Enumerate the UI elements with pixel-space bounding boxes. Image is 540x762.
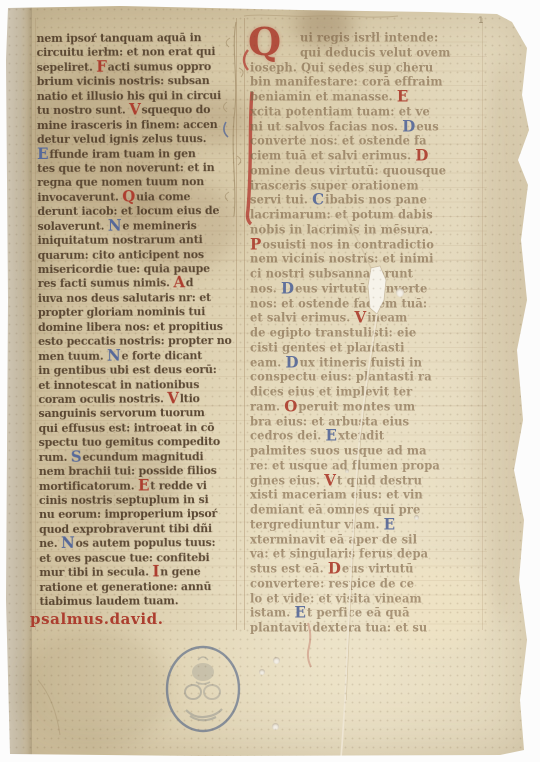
- line-text: eus virtutū converte: [295, 281, 427, 296]
- line-text: circuitu ierłm: et non erat qui: [37, 45, 216, 59]
- line-text: nem ipsoŕ tanquam aquā in: [36, 31, 201, 45]
- parchment-hole: [273, 657, 280, 664]
- manuscript-line: lacrimarum: et potum dabis: [250, 207, 486, 222]
- line-text: nos: et ostende faciem tuā:: [250, 296, 427, 311]
- library-stamp: [160, 642, 246, 738]
- line-text: nem vicinis nostris: et inimi: [250, 251, 434, 266]
- line-text: bin manifestare: corā effraim: [250, 74, 443, 89]
- line-text: de egipto transtulisti: eie: [250, 325, 416, 340]
- line-text: omine deus virtutū: quousque: [250, 163, 446, 178]
- line-text: eus virtutū: [342, 561, 414, 576]
- colored-initial: Q: [122, 187, 136, 206]
- manuscript-line: qui deducis velut ovem: [250, 45, 486, 60]
- parchment-leaf: Q nem ipsoŕ tanquam aquā incircuitu ierł…: [6, 5, 534, 757]
- line-text: sanguinis servorum tuorum: [38, 406, 204, 420]
- manuscript-line: in gentibus ubi est deus eorū:: [38, 363, 238, 379]
- line-text: qui deducis velut ovem: [300, 45, 450, 60]
- line-text: invocaverunt.: [37, 190, 122, 204]
- line-text: xterminavit eā aper de sil: [250, 532, 417, 547]
- line-text: derunt iacob: et locum eius de: [37, 204, 219, 218]
- line-text: irasceris super orationem: [250, 178, 419, 193]
- manuscript-line: regna que nomen tuum non: [37, 175, 237, 191]
- line-text: t perfice eā quā: [307, 605, 410, 620]
- line-text: solaverunt.: [37, 219, 107, 233]
- line-text: e memineris: [122, 218, 196, 232]
- ruling-vertical: [244, 18, 245, 630]
- line-text: beniamin et manasse.: [250, 89, 397, 104]
- line-text: quarum: cito anticipent nos: [38, 247, 204, 261]
- line-text: cinis nostris septuplum in si: [39, 493, 209, 507]
- line-text: osuisti nos in contradictio: [262, 237, 434, 252]
- colored-initial: E: [384, 515, 397, 534]
- manuscript-line: nos. Deus virtutū converte: [250, 281, 486, 296]
- manuscript-line: de egipto transtulisti: eie: [250, 325, 486, 340]
- manuscript-line: ui regis isrłl intende:: [250, 30, 486, 45]
- rubric-psalmus-david: psalmus.david.: [30, 610, 164, 628]
- line-text: ineam: [367, 310, 407, 325]
- line-text: nem brachii tui: posside filios: [39, 464, 217, 478]
- manuscript-line: tu nostro sunt. Vsquequo do: [37, 103, 237, 119]
- manuscript-line: nos: et ostende faciem tuā:: [250, 296, 486, 311]
- manuscript-line: converte nos: et ostende fa: [250, 133, 486, 148]
- line-text: ci nostri subsannaverunt: [250, 266, 413, 281]
- manuscript-line: bra eius: et arbusta eius: [250, 414, 486, 429]
- line-text: spectu tuo gemitus compedito: [39, 435, 220, 449]
- line-text: rum.: [39, 450, 71, 464]
- line-text: d: [186, 276, 194, 290]
- manuscript-line: gines eius. Vt quid destru: [250, 473, 486, 488]
- colored-initial: S: [71, 447, 83, 466]
- line-text: xisti maceriam eius: et vin: [250, 487, 423, 502]
- line-text: eam.: [250, 355, 285, 370]
- line-text: t quid destru: [337, 473, 422, 488]
- line-text: plantavit dextera tua: et su: [250, 620, 427, 635]
- line-text: tiabimus laudem tuam.: [39, 594, 178, 608]
- manuscript-line: plantavit dextera tua: et su: [250, 620, 486, 635]
- manuscript-line: brium vicinis nostris: subsan: [37, 74, 237, 90]
- line-text: ciem tuā et salvi erimus.: [250, 148, 415, 163]
- manuscript-line: derunt iacob: et locum eius de: [37, 204, 237, 220]
- line-text: qui effusus est: introeat in cō: [39, 420, 215, 434]
- manuscript-line: cedros dei. Extendit: [250, 428, 486, 443]
- line-text: ratione et generatione: annū: [39, 579, 211, 593]
- line-text: squequo do: [142, 103, 211, 117]
- manuscript-line: conspectu eius: plantasti ra: [250, 369, 486, 384]
- line-text: esto peccatis nostris: propter no: [38, 334, 232, 349]
- line-text: acti sumus oppro: [108, 59, 211, 73]
- manuscript-line: palmites suos usque ad ma: [250, 443, 486, 458]
- parchment-hole: [345, 469, 349, 473]
- line-text: os autem populus tuus:: [76, 536, 216, 550]
- line-text: mine irasceris in finem: accen: [37, 117, 218, 131]
- line-text: ffunde iram tuam in gen: [49, 146, 195, 160]
- manuscript-line: xterminavit eā aper de sil: [250, 532, 486, 547]
- colored-initial: E: [138, 475, 150, 494]
- line-text: ui regis isrłl intende:: [300, 30, 438, 45]
- line-text: cisti gentes et plantasti: [250, 340, 405, 355]
- line-text: palmites suos usque ad ma: [250, 443, 427, 458]
- manuscript-line: nobis in lacrimis in mēsura.: [250, 222, 486, 237]
- line-text: ram.: [250, 399, 284, 414]
- manuscript-line: istam. Et perfice eā quā: [250, 605, 486, 620]
- manuscript-line: xisti maceriam eius: et vin: [250, 487, 486, 502]
- manuscript-line: et innotescat in nationibus: [38, 377, 238, 393]
- colored-initial: O: [284, 397, 298, 416]
- line-text: ioseph. Qui sedes sup cheru: [250, 60, 433, 75]
- line-text: ne.: [39, 537, 61, 551]
- line-text: servi tui.: [250, 192, 312, 207]
- line-text: domine libera nos: et propitius: [38, 319, 223, 333]
- manuscript-line: ne. Nos autem populus tuus:: [39, 536, 239, 552]
- colored-initial: A: [173, 273, 186, 292]
- line-text: coram oculis nostris.: [38, 392, 167, 406]
- manuscript-line: omine deus virtutū: quousque: [250, 163, 486, 178]
- gutter-edge: [6, 5, 32, 757]
- manuscript-line: ciem tuā et salvi erimus. D: [250, 148, 486, 163]
- parchment-hole: [396, 288, 404, 297]
- colored-initial: N: [61, 534, 76, 553]
- line-text: ecundum magnitudi: [82, 449, 203, 463]
- line-text: ibabis nos pane: [325, 192, 427, 207]
- manuscript-line: tergrediuntur viam. E: [250, 517, 486, 532]
- manuscript-line: Posuisti nos in contradictio: [250, 237, 486, 252]
- colored-initial: V: [167, 389, 180, 408]
- parchment-hole: [259, 669, 265, 675]
- line-text: iuva nos deus salutaris nr: et: [38, 290, 211, 304]
- line-text: et oves pascue tue: confitebi: [39, 550, 209, 564]
- line-text: istam.: [250, 605, 294, 620]
- manuscript-line: demiant eā omnes qui pre: [250, 502, 486, 517]
- manuscript-line: res facti sumus nimis. Ad: [38, 276, 238, 292]
- manuscript-line: stus est eā. Deus virtutū: [250, 561, 486, 576]
- colored-initial: D: [415, 146, 429, 165]
- manuscript-line: Effunde iram tuam in gen: [37, 146, 237, 162]
- line-text: e forte dicant: [122, 348, 203, 362]
- line-text: men tuum.: [38, 349, 107, 363]
- line-text: tu nostro sunt.: [37, 103, 129, 117]
- line-text: eus: [416, 119, 438, 134]
- colored-initial: I: [152, 562, 160, 581]
- manuscript-line: servi tui. Cibabis nos pane: [250, 192, 486, 207]
- manuscript-line: iniquitatum nostrarum anti: [38, 233, 238, 249]
- manuscript-line: convertere: respice de ce: [250, 576, 486, 591]
- line-text: stus est eā.: [250, 561, 328, 576]
- line-text: conspectu eius: plantasti ra: [250, 369, 432, 384]
- line-text: ni ut salvos facias nos.: [250, 119, 402, 134]
- manuscript-line: re: et usque ad flumen propa: [250, 458, 486, 473]
- manuscript-line: nem vicinis nostris: et inimi: [250, 251, 486, 266]
- line-text: nos.: [250, 281, 281, 296]
- colored-initial: E: [37, 144, 49, 163]
- line-text: xtendit: [338, 428, 384, 443]
- manuscript-line: nu eorum: improperium ipsoŕ: [39, 507, 239, 523]
- line-text: iniquitatum nostrarum anti: [38, 233, 203, 247]
- manuscript-line: ram. Operuit montes um: [250, 399, 486, 414]
- manuscript-line: beniamin et manasse. E: [250, 89, 486, 104]
- line-text: brium vicinis nostris: subsan: [37, 74, 210, 88]
- line-text: propter gloriam nominis tui: [38, 305, 205, 319]
- folio-number: 1: [478, 16, 484, 26]
- colored-initial: D: [281, 279, 295, 298]
- colored-initial: N: [107, 346, 122, 365]
- line-text: sepeliret.: [37, 60, 97, 74]
- manuscript-line: ioseph. Qui sedes sup cheru: [250, 60, 486, 75]
- manuscript-line: eam. Dux itineris fuisti in: [250, 355, 486, 370]
- line-text: detur velud ignis zelus tuus.: [37, 132, 206, 146]
- line-text: tes que te non noverunt: et in: [37, 161, 214, 175]
- manuscript-line: irasceris super orationem: [250, 178, 486, 193]
- left-text-column: nem ipsoŕ tanquam aquā incircuitu ierłm:…: [36, 30, 239, 609]
- colored-initial: F: [96, 57, 108, 76]
- line-text: uia come: [136, 190, 190, 204]
- line-text: nobis in lacrimis in mēsura.: [250, 222, 433, 237]
- manuscript-line: mur tibi in secula. In gene: [39, 565, 239, 581]
- manuscript-line: lo et vide: et visita vineam: [250, 591, 486, 606]
- parchment-hole: [272, 723, 279, 730]
- manuscript-line: bin manifestare: corā effraim: [250, 74, 486, 89]
- manuscript-line: detur velud ignis zelus tuus.: [37, 132, 237, 148]
- line-text: mur tibi in secula.: [39, 565, 152, 579]
- line-text: ltio: [180, 392, 200, 406]
- colored-initial: D: [328, 559, 342, 578]
- manuscript-line: va: et singularis ferus depa: [250, 546, 486, 561]
- right-text-column: ui regis isrłl intende:qui deducis velut…: [250, 30, 486, 635]
- manuscript-line: spectu tuo gemitus compedito: [39, 435, 239, 451]
- line-text: res facti sumus nimis.: [38, 276, 174, 290]
- line-text: et salvi erimus.: [250, 310, 354, 325]
- manuscript-line: ni ut salvos facias nos. Deus: [250, 119, 486, 134]
- manuscript-line: tiabimus laudem tuam.: [39, 594, 239, 610]
- parchment-hole: [414, 515, 419, 520]
- line-text: n gene: [160, 565, 200, 579]
- ruling-vertical: [35, 18, 36, 630]
- line-text: peruit montes um: [298, 399, 415, 414]
- line-text: convertere: respice de ce: [250, 576, 414, 591]
- line-text: in gentibus ubi est deus eorū:: [38, 363, 216, 377]
- line-text: converte nos: et ostende fa: [250, 133, 427, 148]
- colored-initial: N: [108, 216, 123, 235]
- line-text: cedros dei.: [250, 428, 326, 443]
- manuscript-line: xcita potentiam tuam: et ve: [250, 104, 486, 119]
- line-text: nu eorum: improperium ipsoŕ: [39, 507, 217, 521]
- stain: [20, 630, 170, 750]
- manuscript-line: sanguinis servorum tuorum: [38, 406, 238, 422]
- manuscript-line: et salvi erimus. Vineam: [250, 310, 486, 325]
- colored-initial: V: [129, 100, 142, 119]
- scan-background: Q nem ipsoŕ tanquam aquā incircuitu ierł…: [0, 0, 540, 762]
- line-text: mortificatorum.: [39, 479, 138, 493]
- line-text: lacrimarum: et potum dabis: [250, 207, 433, 222]
- manuscript-line: circuitu ierłm: et non erat qui: [37, 45, 237, 61]
- manuscript-line: propter gloriam nominis tui: [38, 305, 238, 321]
- line-text: t redde vi: [150, 478, 207, 492]
- line-text: dices eius et implevit ter: [250, 384, 412, 399]
- line-text: tergrediuntur viam.: [250, 517, 384, 532]
- colored-initial: E: [397, 87, 410, 106]
- line-text: regna que nomen tuum non: [37, 175, 204, 189]
- line-text: gines eius.: [250, 473, 324, 488]
- line-text: lo et vide: et visita vineam: [250, 591, 422, 606]
- manuscript-line: esto peccatis nostris: propter no: [38, 334, 238, 350]
- line-text: ux itineris fuisti in: [300, 355, 423, 370]
